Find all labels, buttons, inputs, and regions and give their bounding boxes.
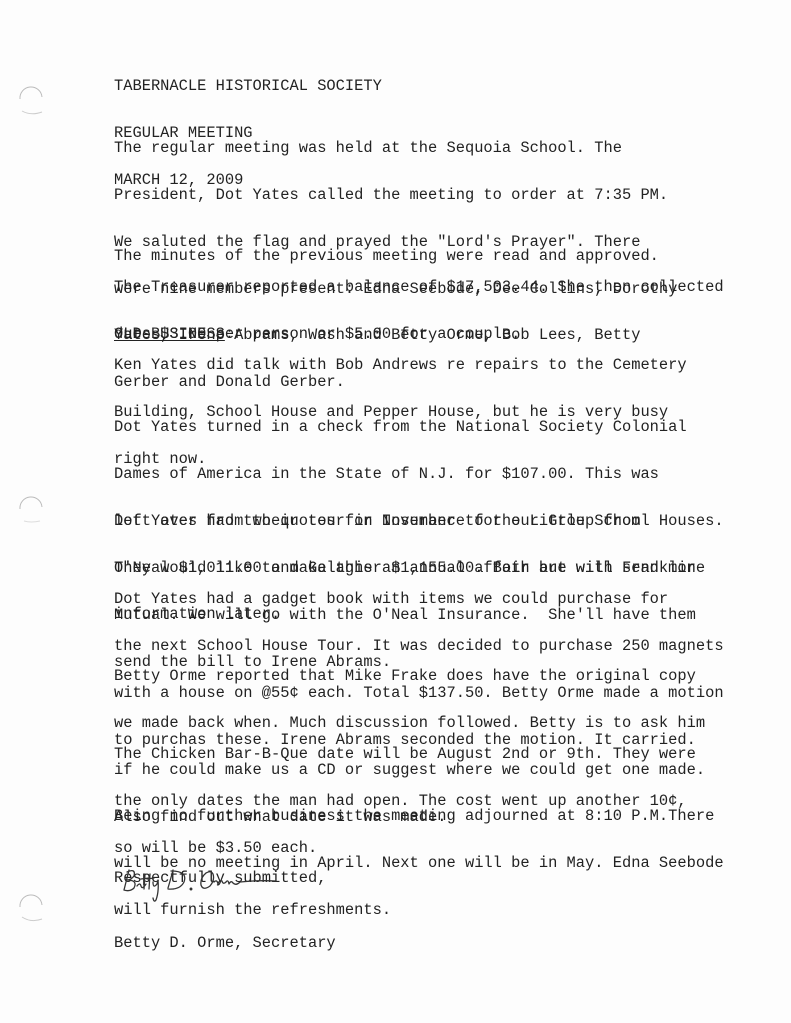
text-line: Dot Yates had a gadget book with items w… (114, 592, 774, 608)
text-line: President, Dot Yates called the meeting … (114, 188, 774, 204)
text-line: The Treasurer reported a balance of $17,… (114, 280, 774, 296)
signer-block: Betty D. Orme, Secretary (114, 905, 774, 983)
punch-hole-mark (16, 495, 46, 525)
org-name: TABERNACLE HISTORICAL SOCIETY (114, 79, 774, 95)
text-line: Dames of America in the State of N.J. fo… (114, 467, 774, 483)
text-line: The regular meeting was held at the Sequ… (114, 141, 774, 157)
punch-hole-mark (16, 85, 46, 115)
text-line: Betty Orme reported that Mike Frake does… (114, 669, 774, 685)
text-line: Ken Yates did talk with Bob Andrews re r… (114, 358, 774, 374)
text-line: Dot Yates had two quotes for Insurance f… (114, 514, 774, 530)
signer-name-title: Betty D. Orme, Secretary (114, 936, 774, 952)
punch-hole-mark (16, 893, 46, 923)
text-line: Being no further business the meeting ad… (114, 809, 774, 825)
document-page: TABERNACLE HISTORICAL SOCIETY REGULAR ME… (0, 0, 791, 1023)
text-line: The Chicken Bar-B-Que date will be Augus… (114, 747, 774, 763)
handwritten-signature (118, 862, 288, 904)
text-line: Dot Yates turned in a check from the Nat… (114, 420, 774, 436)
